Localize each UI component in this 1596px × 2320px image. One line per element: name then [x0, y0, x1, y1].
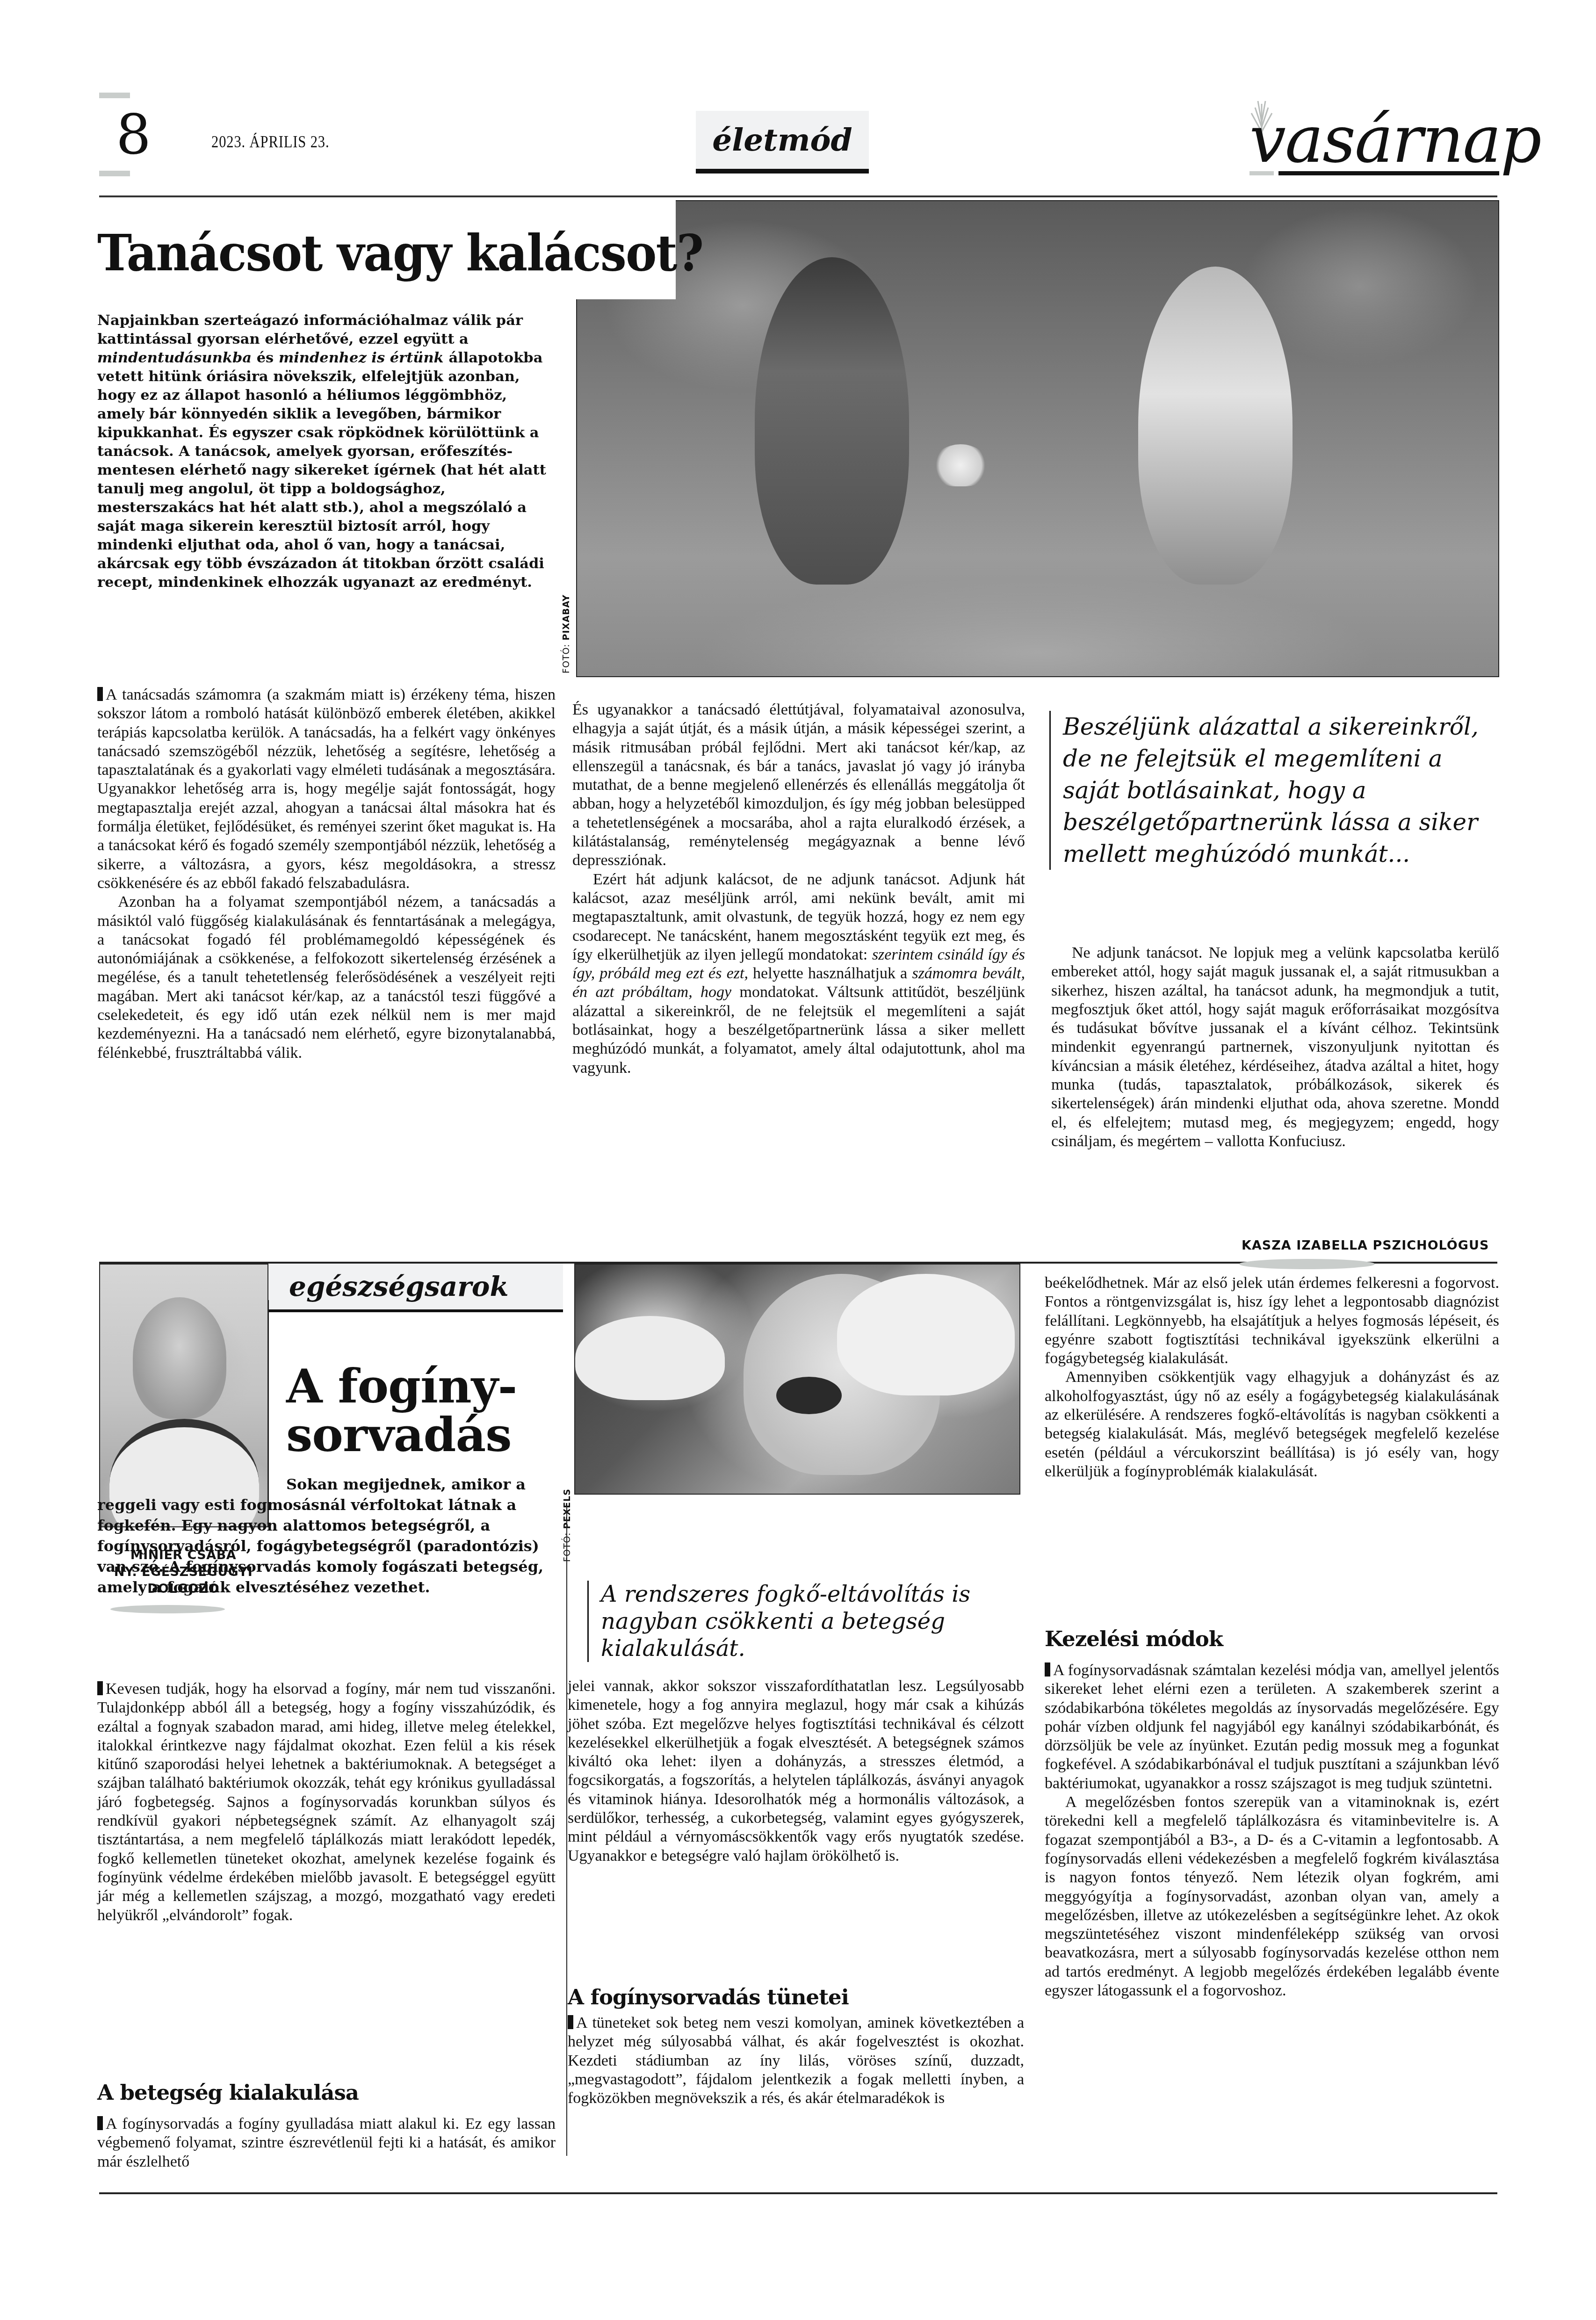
divider-oval: [1239, 1259, 1375, 1269]
article2-sub2-text: A tüneteket sok beteg nem veszi komolyan…: [568, 2014, 1024, 2108]
article-lead: Napjainkban szerteágazó információhalmaz…: [97, 311, 546, 592]
gloved-hand-right: [837, 1274, 1015, 1395]
section-label-text: életmód: [712, 122, 852, 158]
article2-lead: Sokan megijednek, amikor a reggeli vagy …: [97, 1474, 546, 1597]
rubric-label: egészségsarok: [268, 1264, 563, 1312]
dentist-photo-credit: FOTÓ: PEXELS: [562, 1489, 572, 1562]
page-number: 8: [116, 107, 151, 162]
article1-byline: KASZA IZABELLA PSZICHOLÓGUS: [1242, 1238, 1489, 1253]
paragraph-marker: [1045, 1662, 1050, 1677]
masthead-bar: [1278, 171, 1499, 175]
article2-headline: A fogíny- sorvadás: [286, 1362, 517, 1459]
author-head: [133, 1297, 226, 1419]
article2-sub1-text: A fogínysorvadás a fogíny gyulladása mia…: [97, 2115, 556, 2171]
girl-left-figure: [755, 257, 909, 585]
paragraph-marker: [97, 1681, 103, 1695]
article2-column-1: Kevesen tudják, hogy ha elsorvad a fogín…: [97, 1680, 556, 1925]
paragraph-marker: [97, 687, 103, 701]
header-rule: [99, 195, 1497, 197]
paragraph-marker: [97, 2116, 103, 2130]
article1-column-3: Ne adjunk tanácsot. Ne lopjuk meg a velü…: [1051, 944, 1499, 1151]
article1-pullquote: Beszéljünk alázattal a sikereinkről, de …: [1049, 711, 1498, 870]
article1-column-2: És ugyanakkor a tanácsadó élettútjával, …: [572, 701, 1025, 1077]
column-rule: [566, 1506, 567, 2156]
subhead-tunetei: A fogínysorvadás tünetei: [568, 1985, 849, 2009]
article1-column-1: A tanácsadás számomra (a szakmám miatt i…: [97, 686, 556, 1062]
article-headline: Tanácsot vagy kalácsot?: [97, 224, 703, 282]
children-photo: [576, 200, 1499, 677]
patient-mouth: [776, 1377, 842, 1414]
paragraph-marker: [568, 2015, 573, 2029]
dentist-photo: [574, 1264, 1020, 1495]
footer-rule: [99, 2192, 1497, 2194]
masthead-bar-light: [1249, 171, 1274, 175]
article2-sub3-text: A fogínysorvadásnak számtalan kezelési m…: [1045, 1661, 1499, 2000]
caption-oval: [110, 1605, 225, 1613]
section-label: életmód: [696, 111, 869, 173]
article2-column-3: beékelődhetnek. Már az első jelek után é…: [1045, 1274, 1499, 1481]
photo-credit: FOTÓ: PIXABAY: [561, 594, 571, 673]
article2-column-2: jelei vannak, akkor sokszor visszafordít…: [568, 1677, 1024, 1865]
flowers: [932, 444, 989, 486]
page-number-bar-bottom: [99, 171, 130, 176]
subhead-betegseg-kialakulasa: A betegség kialakulása: [97, 2080, 359, 2105]
masthead-title: vasárnap: [1249, 108, 1541, 172]
article2-pullquote: A rendszeres fogkő-eltávolítás is nagyba…: [587, 1581, 1012, 1662]
subhead-kezelesi-modok: Kezelési módok: [1045, 1626, 1223, 1651]
page-number-bar-top: [99, 93, 130, 98]
gloved-hand-left: [575, 1316, 725, 1400]
issue-date: 2023. ÁPRILIS 23.: [211, 132, 329, 152]
masthead: vasárnap: [1248, 94, 1500, 178]
girl-right-figure: [1138, 267, 1293, 585]
